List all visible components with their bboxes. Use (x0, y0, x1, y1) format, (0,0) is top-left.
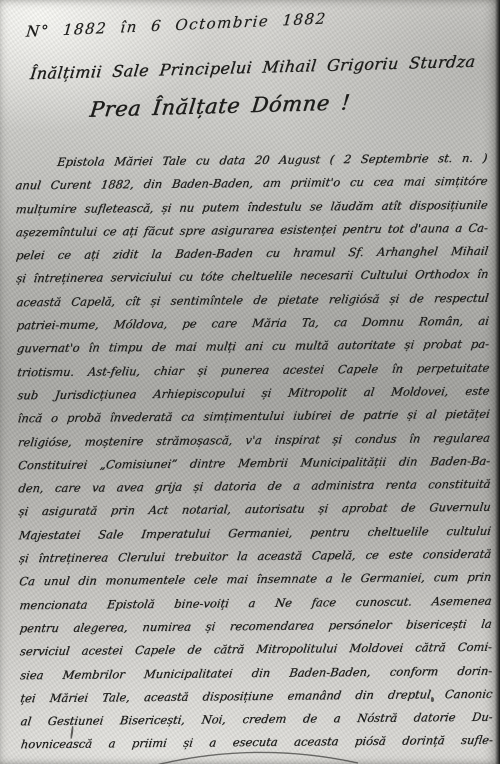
scan-right-edge-shadow (495, 0, 500, 764)
salutation-line: Prea Înălțate Dómne ! (0, 88, 441, 124)
manuscript-line: hovnicească a priimi și a esecuta aceast… (19, 729, 494, 757)
docket-number-date: N° 1882 în 6 Octombrie 1882 (25, 9, 327, 40)
addressee-line: Înălțimii Sale Principelui Mihail Grigor… (29, 52, 467, 83)
ink-speck (431, 697, 434, 702)
manuscript-scan: N° 1882 în 6 Octombrie 1882 Înălțimii Sa… (0, 0, 500, 764)
letter-body: Epistola Măriei Tale cu data 20 August (… (15, 147, 493, 757)
